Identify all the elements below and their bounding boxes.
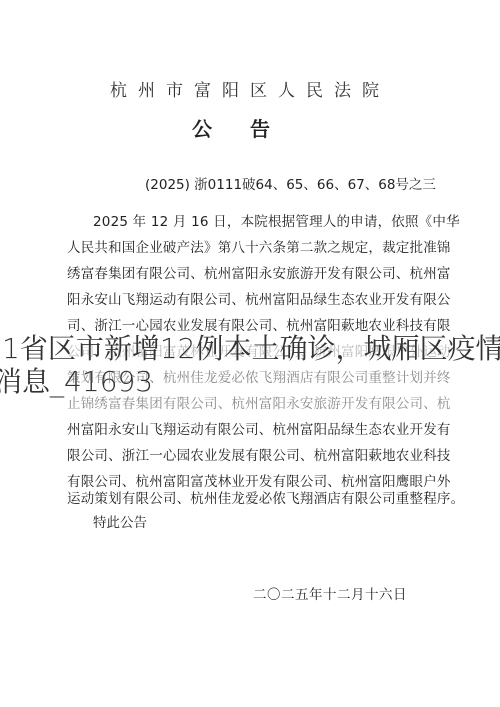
case-number: (2025) 浙0111破64、65、66、67、68号之三 xyxy=(145,173,436,193)
body-line: 人民共和国企业破产法》第八十六条第二款之规定，裁定批准锦 xyxy=(67,236,451,256)
body-line: 阳永安山飞翔运动有限公司、杭州富阳品绿生态农业开发有限公 xyxy=(67,288,451,308)
document-title: 公告 xyxy=(0,113,500,142)
overlay-headline-line2: 消息_41693 xyxy=(0,360,153,400)
body-line: 州富阳永安山飞翔运动有限公司、杭州富阳品绿生态农业开发有 xyxy=(67,418,451,438)
signature-date: 二〇二五年十二月十六日 xyxy=(253,583,407,603)
court-name: 杭州市富阳区人民法院 xyxy=(0,76,500,101)
closing-text: 特此公告 xyxy=(93,511,147,531)
body-line: 2025 年 12 月 16 日，本院根据管理人的申请，依照《中华 xyxy=(93,210,460,230)
body-line: 限公司、浙江一心园农业发展有限公司、杭州富阳蔌地农业科技 xyxy=(67,444,451,464)
body-line: 运动策划有限公司、杭州佳龙爱必侬飞翔酒店有限公司重整程序。 xyxy=(67,487,464,507)
body-line: 绣富春集团有限公司、杭州富阳永安旅游开发有限公司、杭州富 xyxy=(67,262,451,282)
